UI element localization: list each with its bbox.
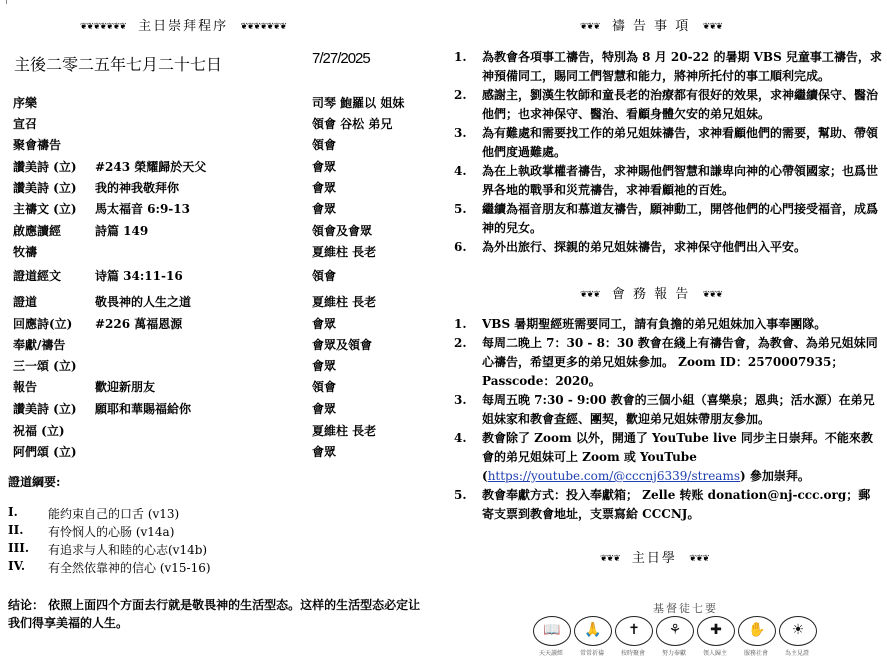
essential-label: 努力奉獻 <box>662 648 686 657</box>
sunday-school-title: 主日學 <box>632 551 677 566</box>
prayer-item: 6.為外出旅行、探親的弟兄姐妹禱告，求神保守他們出入平安。 <box>454 238 882 257</box>
order-by: 領會 谷松 弟兄 <box>312 115 392 132</box>
item-text: 教會奉獻方式：投入奉獻箱； Zelle 转账 donation@nj-ccc.o… <box>482 488 870 521</box>
order-item: 宣召 <box>13 115 37 132</box>
order-by: 會眾及領會 <box>312 336 372 353</box>
essential-label: 為主見證 <box>785 648 809 657</box>
order-by: 司琴 鮑羅以 姐妹 <box>312 94 404 111</box>
worship-program-column: ❦❦❦❦❦❦❦ 主日崇拜程序 ❦❦❦❦❦❦❦ 主後二零二五年七月二十七日 7/2… <box>0 0 440 657</box>
item-text: 為教會各項事工禱告，特別為 8 月 20-22 的暑期 VBS 兒童事工禱告，求… <box>482 50 882 83</box>
worship-program-heading: ❦❦❦❦❦❦❦ 主日崇拜程序 ❦❦❦❦❦❦❦ <box>80 15 286 34</box>
report-item: 1.VBS 暑期聖經班需要同工，請有負擔的弟兄姐妹加入事奉團隊。 <box>454 315 882 334</box>
report-item: 5.教會奉獻方式：投入奉獻箱； Zelle 转账 donation@nj-ccc… <box>454 486 882 524</box>
sermon-outline-title: 證道綱要: <box>8 473 60 490</box>
prayer-item: 1.為教會各項事工禱告，特別為 8 月 20-22 的暑期 VBS 兒童事工禱告… <box>454 48 882 86</box>
praying-icon: 🙏 <box>574 616 612 646</box>
outline-number: II. <box>8 523 23 537</box>
item-number: 5. <box>454 200 467 219</box>
report-item: 4.教會除了 Zoom 以外，開通了 YouTube live 同步主日崇拜。不… <box>454 429 882 486</box>
report-item: 3.每周五晚 7:30 - 9:00 教會的三個小組（喜樂泉；恩典；活水源）在弟… <box>454 391 882 429</box>
item-number: 5. <box>454 486 467 505</box>
outline-number: IV. <box>8 559 25 573</box>
outline-number: III. <box>8 541 29 555</box>
order-detail: 詩篇 149 <box>95 222 148 239</box>
youtube-link[interactable]: https://youtube.com/@cccnj6339/streams <box>488 469 740 483</box>
item-number: 4. <box>454 429 467 448</box>
order-by: 領會 <box>312 267 336 284</box>
date-chinese: 主後二零二五年七月二十七日 <box>14 52 222 75</box>
prayer-item: 3.為有難處和需要找工作的弟兄姐妹禱告，求神看顧他們的需要，幫助、帶領他們度過難… <box>454 124 882 162</box>
outline-text: 能约束自己的口舌 (v13) <box>48 505 179 522</box>
order-detail: 歡迎新朋友 <box>95 378 155 395</box>
order-detail: 願耶和華賜福給你 <box>95 400 191 417</box>
announcements-column: ❦❦❦ 禱 告 事 項 ❦❦❦ 1.為教會各項事工禱告，特別為 8 月 20-2… <box>440 0 887 657</box>
order-item: 讚美詩 (立) <box>13 158 77 175</box>
item-text: 為在上執政掌權者禱告，求神賜他們智慧和謙卑向神的心帶領國家；也爲世界各地的戰爭和… <box>482 164 878 197</box>
essential-label: 服務社會 <box>744 648 768 657</box>
order-item: 讚美詩 (立) <box>13 400 77 417</box>
order-item: 回應詩(立) <box>13 315 72 332</box>
ornament-icon: ❦❦❦ <box>703 22 723 32</box>
order-item: 三一頌 (立) <box>13 357 77 374</box>
ornament-icon: ❦❦❦ <box>580 290 600 300</box>
prayer-item: 4.為在上執政掌權者禱告，求神賜他們智慧和謙卑向神的心帶領國家；也爲世界各地的戰… <box>454 162 882 200</box>
order-by: 會眾 <box>312 158 336 175</box>
order-by: 領會 <box>312 136 336 153</box>
seven-essentials-title: 基督徒七要 <box>653 600 718 616</box>
item-text: ) 參加崇拜。 <box>740 469 810 483</box>
order-item: 讚美詩 (立) <box>13 179 77 196</box>
order-item: 證道 <box>13 293 37 310</box>
prayer-item: 2.感謝主，劉漢生牧師和童長老的治療都有很好的效果，求神繼續保守、醫治他們；也求… <box>454 86 882 124</box>
item-text: 每周二晚上 7：30 - 8：30 教會在綫上有禱告會，為教會、為弟兄姐妹同心禱… <box>482 336 878 388</box>
report-list: 1.VBS 暑期聖經班需要同工，請有負擔的弟兄姐妹加入事奉團隊。2.每周二晚上 … <box>454 315 882 524</box>
order-item: 祝福 (立) <box>13 422 65 439</box>
sunday-school-heading: ❦❦❦ 主日學 ❦❦❦ <box>600 547 709 566</box>
essential-label: 天天讀經 <box>539 648 563 657</box>
order-item: 報告 <box>13 378 37 395</box>
item-number: 1. <box>454 48 467 67</box>
report-heading: ❦❦❦ 會 務 報 告 ❦❦❦ <box>580 283 722 302</box>
seven-essentials-graphic: 基督徒七要 📖天天讀經🙏常常祈禱✝按時聚會⚘努力奉獻✚領人歸主✋服務社會☀為主見… <box>533 600 833 657</box>
prayer-item: 5.繼續為福音朋友和慕道友禱告，願神動工，開啓他們的心門接受福音，成爲神的兒女。 <box>454 200 882 238</box>
order-detail: 诗篇 34:11-16 <box>95 267 183 284</box>
date-numeric: 7/27/2025 <box>312 50 370 67</box>
ornament-icon: ❦❦❦❦❦❦❦ <box>240 22 286 32</box>
order-item: 主禱文 (立) <box>13 200 77 217</box>
order-by: 領會及會眾 <box>312 222 372 239</box>
item-text: 繼續為福音朋友和慕道友禱告，願神動工，開啓他們的心門接受福音，成爲神的兒女。 <box>482 202 878 235</box>
report-title: 會 務 報 告 <box>612 287 690 302</box>
order-item: 聚會禱告 <box>13 136 61 153</box>
outline-text: 有追求与人和睦的心志(v14b) <box>48 541 207 558</box>
order-by: 會眾 <box>312 357 336 374</box>
item-text: 為外出旅行、探親的弟兄姐妹禱告，求神保守他們出入平安。 <box>482 240 806 254</box>
item-number: 2. <box>454 86 467 105</box>
prayer-list: 1.為教會各項事工禱告，特別為 8 月 20-22 的暑期 VBS 兒童事工禱告… <box>454 48 882 257</box>
order-detail: #226 萬福恩源 <box>95 315 182 332</box>
essential-label: 常常祈禱 <box>580 648 604 657</box>
order-by: 夏維柱 長老 <box>312 422 376 439</box>
order-by: 領會 <box>312 378 336 395</box>
item-number: 6. <box>454 238 467 257</box>
sermon-conclusion: 结论： 依照上面四个方面去行就是敬畏神的生活型态。这样的生活型态必定让我们得享美… <box>8 596 428 632</box>
worship-program-title: 主日崇拜程序 <box>138 19 228 34</box>
order-by: 會眾 <box>312 179 336 196</box>
item-number: 3. <box>454 124 467 143</box>
report-item: 2.每周二晚上 7：30 - 8：30 教會在綫上有禱告會，為教會、為弟兄姐妹同… <box>454 334 882 391</box>
order-by: 會眾 <box>312 200 336 217</box>
essential-label: 領人歸主 <box>703 648 727 657</box>
order-item: 證道經文 <box>13 267 61 284</box>
item-number: 4. <box>454 162 467 181</box>
offering-icon: ⚘ <box>656 616 694 646</box>
ornament-icon: ❦❦❦ <box>703 290 723 300</box>
item-number: 1. <box>454 315 467 334</box>
serving-society-icon: ✋ <box>738 616 776 646</box>
item-text: 為有難處和需要找工作的弟兄姐妹禱告，求神看顧他們的需要，幫助、帶領他們度過難處。 <box>482 126 878 159</box>
order-item: 牧禱 <box>13 243 37 260</box>
order-detail: #243 榮耀歸於天父 <box>95 158 206 175</box>
reading-bible-icon: 📖 <box>533 616 571 646</box>
outline-text: 有怜悯人的心肠 (v14a) <box>48 523 174 540</box>
prayer-heading: ❦❦❦ 禱 告 事 項 ❦❦❦ <box>580 15 722 34</box>
essential-label: 按時聚會 <box>621 648 645 657</box>
witness-icon: ☀ <box>779 616 817 646</box>
item-text: 感謝主，劉漢生牧師和童長老的治療都有很好的效果，求神繼續保守、醫治他們；也求神保… <box>482 88 878 121</box>
item-text: VBS 暑期聖經班需要同工，請有負擔的弟兄姐妹加入事奉團隊。 <box>482 317 826 331</box>
item-number: 2. <box>454 334 467 353</box>
order-item: 序樂 <box>13 94 37 111</box>
order-detail: 馬太福音 6:9-13 <box>95 200 190 217</box>
outline-number: I. <box>8 505 18 519</box>
ornament-icon: ❦❦❦ <box>600 554 620 564</box>
order-by: 會眾 <box>312 400 336 417</box>
ornament-icon: ❦❦❦ <box>689 554 709 564</box>
order-detail: 我的神我敬拜你 <box>95 179 179 196</box>
order-item: 奉獻/禱告 <box>13 336 65 353</box>
ornament-icon: ❦❦❦ <box>580 22 600 32</box>
church-gathering-icon: ✝ <box>615 616 653 646</box>
item-text: 每周五晚 7:30 - 9:00 教會的三個小組（喜樂泉；恩典；活水源）在弟兄姐… <box>482 393 875 426</box>
order-by: 會眾 <box>312 315 336 332</box>
order-by: 夏維柱 長老 <box>312 243 376 260</box>
order-item: 啟應讀經 <box>13 222 61 239</box>
item-number: 3. <box>454 391 467 410</box>
order-item: 阿們頌 (立) <box>13 443 77 460</box>
order-by: 夏維柱 長老 <box>312 293 376 310</box>
outline-text: 有全然依靠神的信心 (v15-16) <box>48 559 211 576</box>
order-by: 會眾 <box>312 443 336 460</box>
ornament-icon: ❦❦❦❦❦❦❦ <box>80 22 126 32</box>
prayer-title: 禱 告 事 項 <box>612 19 690 34</box>
order-detail: 敬畏神的人生之道 <box>95 293 191 310</box>
evangelism-icon: ✚ <box>697 616 735 646</box>
